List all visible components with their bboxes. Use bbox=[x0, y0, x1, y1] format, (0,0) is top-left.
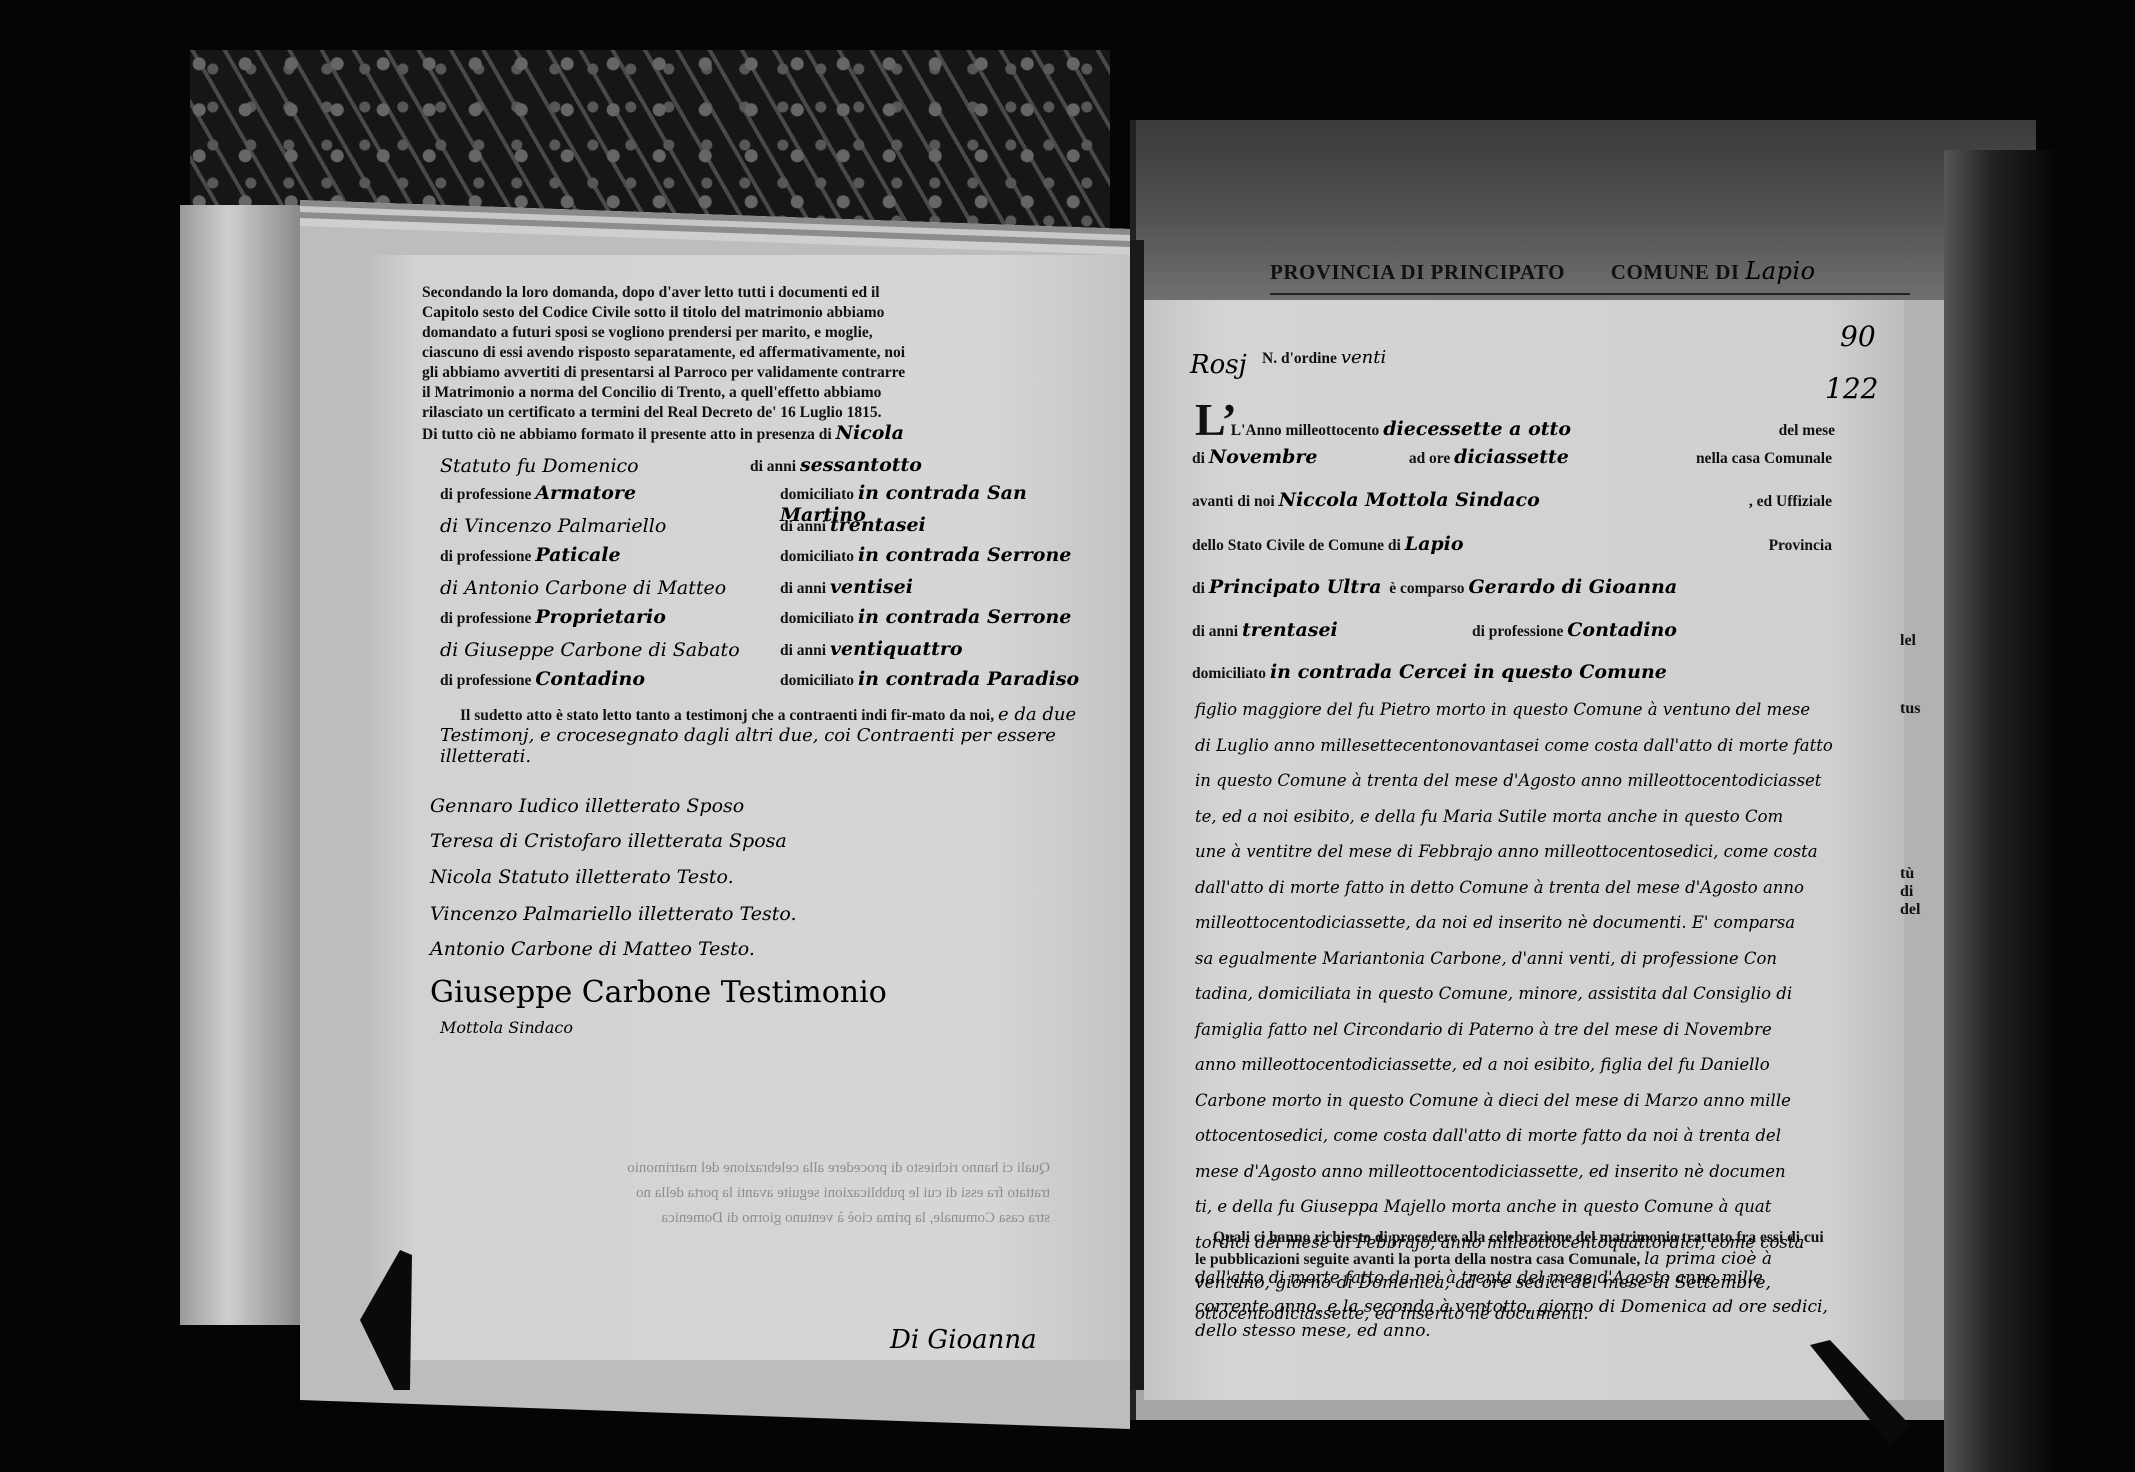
record-row-comune: dello Stato Civile de Comune di Lapio Pr… bbox=[1192, 534, 1832, 556]
witness-name: di Giuseppe Carbone di Sabato bbox=[440, 639, 740, 661]
signature-line: Antonio Carbone di Matteo Testo. bbox=[430, 938, 755, 960]
pen-tip bbox=[1800, 1335, 1910, 1445]
reading-clause-printed: Il sudetto atto è stato letto tanto a te… bbox=[460, 707, 994, 724]
printed-text: nella casa Comunale bbox=[1696, 449, 1832, 469]
intro-line: il Matrimonio a norma del Concilio di Tr… bbox=[422, 383, 1072, 403]
printed-text: ad ore bbox=[1409, 449, 1450, 469]
hand-entry: Novembre bbox=[1209, 447, 1359, 467]
body-line: di Luglio anno millesettecentonovantasei… bbox=[1195, 728, 1835, 764]
right-outer-margin bbox=[1904, 300, 1944, 1400]
body-line: ottocentosedici, come costa dall'atto di… bbox=[1195, 1118, 1835, 1154]
intro-hand-tail: Nicola bbox=[836, 422, 904, 444]
book-gutter bbox=[1130, 240, 1144, 1390]
record-row-age: di anni trentasei di professione Contadi… bbox=[1192, 620, 1832, 642]
witness-2-name-row: di Vincenzo Palmariello di anni trentase… bbox=[440, 515, 1100, 537]
domicile-label: domiciliato bbox=[780, 486, 854, 503]
hand-entry: diciassette bbox=[1454, 447, 1569, 467]
numero-ordine: N. d'ordine venti bbox=[1262, 348, 1386, 369]
witness-4-name-row: di Giuseppe Carbone di Sabato di anni ve… bbox=[440, 639, 1100, 661]
mayor-signature: Mottola Sindaco bbox=[440, 1018, 573, 1037]
profession-label: di professione bbox=[440, 672, 531, 689]
witness-profession: Proprietario bbox=[535, 606, 666, 628]
margin-note: Rosj bbox=[1190, 350, 1247, 380]
printed-text: di anni bbox=[1192, 622, 1238, 642]
body-line: anno milleottocentodiciassette, ed a noi… bbox=[1195, 1047, 1835, 1083]
witness-profession: Paticale bbox=[535, 544, 620, 566]
witness-age: trentasei bbox=[830, 514, 926, 536]
hand-entry: diecessette a otto bbox=[1383, 419, 1571, 439]
intro-line: Secondando la loro domanda, dopo d'aver … bbox=[422, 283, 1072, 303]
ribbon-bookmark bbox=[360, 1250, 440, 1390]
age-label: di anni bbox=[780, 518, 826, 535]
witness-age: sessantotto bbox=[800, 454, 922, 476]
hand-entry: Niccola Mottola Sindaco bbox=[1279, 490, 1540, 510]
numero-ordine-label: N. d'ordine bbox=[1262, 350, 1337, 367]
bleed-through-text: stra casa Comunale, la prima cioè à vent… bbox=[450, 1210, 1050, 1227]
signature-line: Vincenzo Palmariello illetterato Testo. bbox=[430, 903, 797, 925]
witness-3-name-row: di Antonio Carbone di Matteo di anni ven… bbox=[440, 577, 1100, 599]
age-label: di anni bbox=[780, 642, 826, 659]
witness-domicile: in contrada Serrone bbox=[858, 606, 1071, 628]
age-label: di anni bbox=[750, 458, 796, 475]
record-row-comparso: di Principato Ultra è comparso Gerardo d… bbox=[1192, 577, 1832, 599]
hand-entry: in contrada Cercei in questo Comune bbox=[1270, 662, 1667, 682]
printed-text: dello Stato Civile de Comune di bbox=[1192, 536, 1401, 556]
body-line: milleottocentodiciassette, da noi ed ins… bbox=[1195, 905, 1835, 941]
printed-text: domiciliato bbox=[1192, 664, 1266, 684]
comune-value: Lapio bbox=[1745, 257, 1815, 285]
body-line: mese d'Agosto anno milleottocentodiciass… bbox=[1195, 1154, 1835, 1190]
hand-entry: Gerardo di Gioanna bbox=[1468, 577, 1677, 597]
intro-line: domandato a futuri sposi se vogliono pre… bbox=[422, 323, 1072, 343]
age-label: di anni bbox=[780, 580, 826, 597]
body-line: une à ventitre del mese di Febbrajo anno… bbox=[1195, 834, 1835, 870]
printed-text: di bbox=[1192, 579, 1205, 599]
bottom-signature: Di Gioanna bbox=[890, 1325, 1037, 1355]
printed-text: , ed Uffiziale bbox=[1749, 492, 1832, 512]
witness-name: di Antonio Carbone di Matteo bbox=[440, 577, 726, 599]
witness-domicile: in contrada Paradiso bbox=[858, 668, 1079, 690]
reading-clause: Il sudetto atto è stato letto tanto a te… bbox=[440, 705, 1100, 768]
witness-name: di Vincenzo Palmariello bbox=[440, 515, 666, 537]
comune-label: COMUNE DI bbox=[1611, 260, 1740, 284]
printed-text: del mese bbox=[1779, 421, 1835, 441]
printed-text: avanti di noi bbox=[1192, 492, 1275, 512]
witness-domicile: in contrada Serrone bbox=[858, 544, 1071, 566]
adjacent-page-fragment: tùdidel bbox=[1900, 865, 1940, 919]
page-header: PROVINCIA DI PRINCIPATO COMUNE DI Lapio bbox=[1270, 257, 1910, 295]
closing-clause: Quali ci hanno richiesto di procedere al… bbox=[1195, 1228, 1835, 1343]
signature-line: Nicola Statuto illetterato Testo. bbox=[430, 866, 734, 888]
hand-entry: Lapio bbox=[1405, 534, 1464, 554]
numero-ordine-value: venti bbox=[1341, 347, 1386, 368]
witness-2-profession-row: di professione Paticale domiciliato in c… bbox=[440, 545, 1100, 567]
witness-4-profession-row: di professione Contadino domiciliato in … bbox=[440, 669, 1100, 691]
folio-number: 90 bbox=[1840, 320, 1876, 353]
printed-text: di professione bbox=[1472, 622, 1563, 642]
printed-text: è comparso bbox=[1389, 579, 1464, 599]
body-line: dall'atto di morte fatto in detto Comune… bbox=[1195, 870, 1835, 906]
witness-name: Statuto fu Domenico bbox=[440, 455, 639, 477]
book-spine-edge bbox=[1944, 150, 2135, 1472]
hand-entry: trentasei bbox=[1242, 620, 1442, 640]
record-row-officer: avanti di noi Niccola Mottola Sindaco , … bbox=[1192, 490, 1832, 512]
intro-line: rilasciato un certificato a termini del … bbox=[422, 403, 1072, 423]
record-row-month: di Novembre ad ore diciassette nella cas… bbox=[1192, 447, 1832, 469]
intro-line: Capitolo sesto del Codice Civile sotto i… bbox=[422, 303, 1072, 323]
domicile-label: domiciliato bbox=[780, 548, 854, 565]
intro-line: gli abbiamo avvertiti di presentarsi al … bbox=[422, 363, 1072, 383]
record-row-domicile: domiciliato in contrada Cercei in questo… bbox=[1192, 662, 1832, 684]
adjacent-page-fragment: tus bbox=[1900, 700, 1940, 718]
witness-profession: Contadino bbox=[535, 668, 645, 690]
witness-1-name-row: Statuto fu Domenico di anni sessantotto bbox=[440, 455, 1100, 477]
body-line: sa egualmente Mariantonia Carbone, d'ann… bbox=[1195, 941, 1835, 977]
body-line: ti, e della fu Giuseppa Majello morta an… bbox=[1195, 1189, 1835, 1225]
left-printed-intro: Secondando la loro domanda, dopo d'aver … bbox=[422, 283, 1072, 445]
body-line: famiglia fatto nel Circondario di Patern… bbox=[1195, 1012, 1835, 1048]
body-line: figlio maggiore del fu Pietro morto in q… bbox=[1195, 692, 1835, 728]
provincia-heading: PROVINCIA DI PRINCIPATO bbox=[1270, 260, 1565, 284]
witness-age: ventisei bbox=[830, 576, 913, 598]
hand-entry: Contadino bbox=[1567, 620, 1677, 640]
adjacent-page-fragment: lel bbox=[1900, 632, 1940, 650]
printed-text: Provincia bbox=[1769, 536, 1832, 556]
printed-text: di bbox=[1192, 449, 1205, 469]
book-left-flap bbox=[180, 205, 300, 1325]
printed-text: L'Anno milleottocento bbox=[1231, 421, 1380, 441]
record-row-date: L’ L'Anno milleottocento diecessette a o… bbox=[1195, 400, 1835, 441]
hand-entry: Principato Ultra bbox=[1209, 577, 1382, 597]
witness-age: ventiquattro bbox=[830, 638, 963, 660]
bleed-through-text: trattato fra essi di cui le pubblicazion… bbox=[450, 1185, 1050, 1202]
profession-label: di professione bbox=[440, 610, 531, 627]
body-line: Carbone morto in questo Comune à dieci d… bbox=[1195, 1083, 1835, 1119]
intro-line: Di tutto ciò ne abbiamo formato il prese… bbox=[422, 426, 832, 443]
witness-profession: Armatore bbox=[535, 482, 636, 504]
intro-line: ciascuno di essi avendo risposto separat… bbox=[422, 343, 1072, 363]
domicile-label: domiciliato bbox=[780, 672, 854, 689]
signature-line: Gennaro Iudico illetterato Sposo bbox=[430, 795, 744, 817]
body-line: in questo Comune à trenta del mese d'Ago… bbox=[1195, 763, 1835, 799]
body-line: tadina, domiciliata in questo Comune, mi… bbox=[1195, 976, 1835, 1012]
domicile-label: domiciliato bbox=[780, 610, 854, 627]
witness-3-profession-row: di professione Proprietario domiciliato … bbox=[440, 607, 1100, 629]
signature-line: Teresa di Cristofaro illetterata Sposa bbox=[430, 830, 787, 852]
bleed-through-text: Quali ci hanno richiesto di procedere al… bbox=[450, 1160, 1050, 1177]
profession-label: di professione bbox=[440, 486, 531, 503]
signature-line-large: Giuseppe Carbone Testimonio bbox=[430, 975, 887, 1010]
body-line: te, ed a noi esibito, e della fu Maria S… bbox=[1195, 799, 1835, 835]
profession-label: di professione bbox=[440, 548, 531, 565]
